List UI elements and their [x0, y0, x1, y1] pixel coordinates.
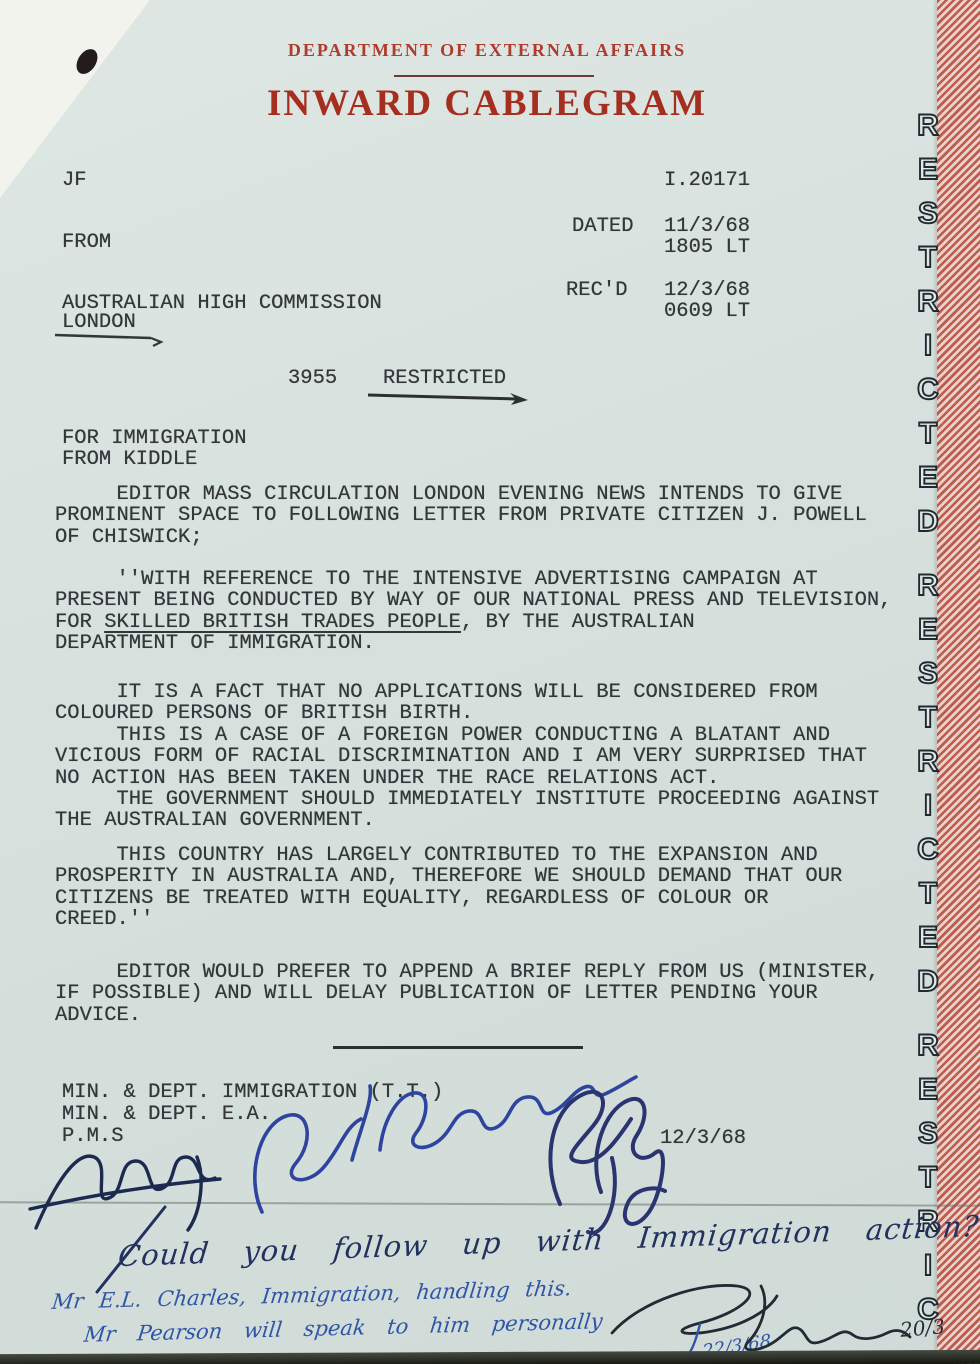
restricted-letter: T — [906, 872, 950, 916]
restricted-letter: S — [906, 652, 950, 696]
restricted-letter: C — [906, 368, 950, 412]
restricted-letter: I — [906, 784, 950, 828]
restricted-letter: E — [906, 608, 950, 652]
distribution-list: MIN. & DEPT. IMMIGRATION (T.T.) MIN. & D… — [62, 1082, 443, 1147]
body-paragraph-3: IT IS A FACT THAT NO APPLICATIONS WILL B… — [55, 682, 879, 832]
department-heading: DEPARTMENT OF EXTERNAL AFFAIRS — [0, 40, 974, 61]
restricted-letter: D — [906, 500, 950, 544]
department-heading-rule — [394, 75, 594, 77]
dated-time: 1805 LT — [664, 237, 750, 258]
restricted-letter: R — [906, 740, 950, 784]
classification-number: 3955 — [288, 368, 337, 389]
restricted-letter: T — [906, 696, 950, 740]
restricted-letter: I — [906, 1244, 950, 1288]
restricted-letter: S — [906, 192, 950, 236]
recd-time: 0609 LT — [664, 301, 750, 322]
restricted-letter: E — [906, 1068, 950, 1112]
signature-left — [30, 1156, 220, 1230]
restricted-letter: T — [906, 412, 950, 456]
bottom-edge-shadow — [0, 1350, 980, 1364]
restricted-letter: D — [906, 960, 950, 1004]
restricted-letter: I — [906, 324, 950, 368]
dated-label: DATED — [572, 216, 634, 237]
restricted-vertical-text: RESTRICTEDRESTRICTEDRESTRIC — [906, 104, 950, 1332]
pencil-line — [0, 1201, 980, 1206]
from-label: FROM — [62, 232, 111, 253]
restricted-letter: T — [906, 1156, 950, 1200]
restricted-letter: R — [906, 1024, 950, 1068]
dated-date: 11/3/68 — [664, 216, 750, 237]
handwritten-note-1: Could you follow up with Immigration act… — [116, 1209, 980, 1273]
cable-number: I.20171 — [664, 170, 750, 191]
p2-last: DEPARTMENT OF IMMIGRATION. — [55, 632, 375, 655]
restricted-letter: E — [906, 148, 950, 192]
sender-city: LONDON — [62, 312, 136, 333]
restricted-letter: S — [906, 1112, 950, 1156]
restricted-letter: R — [906, 280, 950, 324]
footer-date: 12/3/68 — [660, 1128, 746, 1149]
classification-label: RESTRICTED — [383, 368, 506, 389]
signature-initials — [550, 1092, 665, 1233]
p2-post: , BY THE AUSTRALIAN — [461, 611, 695, 634]
body-paragraph-4: THIS COUNTRY HAS LARGELY CONTRIBUTED TO … — [55, 845, 842, 931]
body-paragraph-2: ''WITH REFERENCE TO THE INTENSIVE ADVERT… — [55, 569, 892, 655]
restricted-letter: C — [906, 828, 950, 872]
recd-date: 12/3/68 — [664, 280, 750, 301]
recd-label: REC'D — [566, 280, 628, 301]
restricted-letter: E — [906, 916, 950, 960]
page-title: INWARD CABLEGRAM — [0, 82, 974, 125]
body-paragraph-1: EDITOR MASS CIRCULATION LONDON EVENING N… — [55, 484, 867, 548]
operator-initials: JF — [62, 170, 87, 191]
p2-pre: FOR — [55, 611, 104, 634]
body-paragraph-5: EDITOR WOULD PREFER TO APPEND A BRIEF RE… — [55, 962, 879, 1026]
cablegram-document: RESTRICTEDRESTRICTEDRESTRIC DEPARTMENT O… — [0, 0, 980, 1364]
p2-underlined-phrase: SKILLED BRITISH TRADES PEOPLE — [104, 611, 461, 634]
restricted-letter: T — [906, 236, 950, 280]
restricted-letter: R — [906, 564, 950, 608]
addressee-block: FOR IMMIGRATION FROM KIDDLE — [62, 428, 247, 471]
handwritten-note-3: Mr Pearson will speak to him personally — [83, 1309, 604, 1347]
classification-underline-arrow-icon — [366, 390, 541, 408]
handwritten-note-2: Mr E.L. Charles, Immigration, handling t… — [51, 1276, 573, 1314]
handwritten-corner-date: 20/3 — [899, 1314, 946, 1342]
divider-line — [333, 1046, 583, 1049]
p2-lead: ''WITH REFERENCE TO THE INTENSIVE ADVERT… — [55, 568, 892, 612]
restricted-letter: E — [906, 456, 950, 500]
